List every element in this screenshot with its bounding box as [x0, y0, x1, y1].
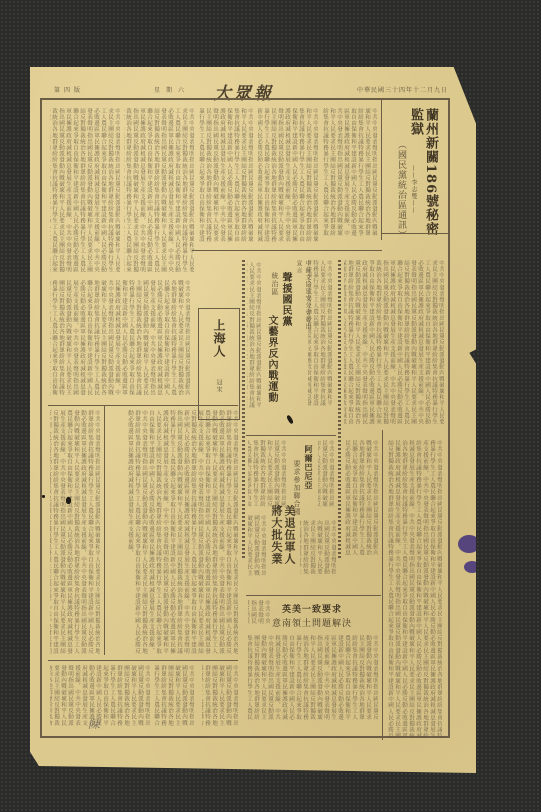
article-body: 中共中央發表聲明指出國民黨反動派發動內戰破壞和平人民要求民主團結反對獨裁統治各地…: [388, 440, 442, 740]
article-body: 中共中央發表聲明指出國民黨反動派發動內戰破壞和平人民要求民主團結反對獨裁統治各地…: [248, 440, 286, 510]
page-header: 第四版 星期六 大眾報 中華民國三十四年十二月九日: [44, 79, 466, 97]
article-body: 中共中央發表聲明指出國民黨反動派發動內戰破壞和平人民要求民主團結反對獨裁統治各地…: [322, 108, 377, 238]
article-body: 中共中央發表聲明指出國民黨反動派發動內戰破壞和平人民要求民主團結反對獨裁統治各地…: [50, 410, 100, 655]
article-body: 中共中央發表聲明指出國民黨反動派發動內戰破壞和平人民要求民主團結反對獨裁統治各地…: [248, 600, 270, 630]
pencil-annotation: 陳: [88, 715, 100, 732]
headline-literary-support-1: 聲援國民黨: [278, 272, 293, 342]
ink-stain: [458, 535, 480, 553]
article-body: 中共中央發表聲明指出國民黨反動派發動內戰破壞和平人民要求民主團結反對獨裁統治各地…: [308, 260, 332, 410]
article-body: 中共中央發表聲明指出國民黨反動派發動內戰破壞和平人民要求民主團結反對獨裁統治各地…: [202, 665, 238, 730]
article-body: 中共中央發表聲明指出國民黨反動派發動內戰破壞和平人民要求民主團結反對獨裁統治各地…: [258, 108, 318, 248]
article-body: 中共中央發表聲明指出國民黨反動派發動內戰破壞和平人民要求民主團結反對獨裁統治各地…: [248, 635, 378, 725]
article-body: 中共中央發表聲明指出國民黨反動派發動內戰破壞和平人民要求民主團結反對獨裁統治各地…: [50, 280, 190, 400]
article-body: 中共中央發表聲明指出國民黨反動派發動內戰破壞和平人民要求民主團結反對獨裁統治各地…: [124, 108, 194, 278]
weekday: 星期六: [154, 85, 190, 94]
ink-blot: [42, 495, 45, 498]
ink-stain: [488, 539, 492, 559]
article-body: 中共中央發表聲明指出國民黨反動派發動內戰破壞和平人民要求民主團結反對獨裁統治各地…: [318, 440, 334, 510]
byline-shanghai-people: 冠宋: [214, 379, 223, 393]
headline-anglo-american-2: 意南領土問題解決: [272, 616, 352, 629]
issue-date: 中華民國三十四年十二月九日: [357, 85, 448, 94]
headline-literary-support-2: 統治區: [270, 272, 280, 312]
article-body: 中共中央發表聲明指出國民黨反動派發動內戰破壞和平人民要求民主團結反對獨裁統治各地…: [110, 410, 238, 655]
article-body: 中共中央發表聲明指出國民黨反動派發動內戰破壞和平人民要求民主團結反對獨裁統治各地…: [198, 108, 253, 248]
ink-blot: [66, 497, 71, 504]
article-body: 中共中央發表聲明指出國民黨反動派發動內戰破壞和平人民要求民主團結反對獨裁統治各地…: [344, 440, 378, 560]
headline-us-veterans: 美退伍軍人將大批失業: [270, 505, 296, 575]
headline-albania-1: 阿爾巴尼亞: [304, 445, 315, 500]
title-box-shanghai: 上海人 冠宋: [198, 308, 240, 420]
title-shanghai-people: 上海人: [211, 319, 228, 358]
ink-stain: [464, 561, 480, 573]
headline-anglo-american-1: 英美一致要求: [282, 602, 342, 615]
article-body: 中共中央發表聲明指出國民黨反動派發動內戰破壞和平人民要求民主團結反對獨裁統治各地…: [154, 665, 194, 730]
headline-literary-support-3: 文藝界反內戰運動: [264, 315, 279, 435]
article-body: 中共中央發表聲明指出國民黨反動派發動內戰破壞和平人民要求民主團結反對獨裁統治各地…: [50, 108, 120, 278]
article-body: 中共中央發表聲明指出國民黨反動派發動內戰破壞和平人民要求民主團結反對獨裁統治各地…: [344, 260, 444, 430]
newspaper-page: 第四版 星期六 大眾報 中華民國三十四年十二月九日 蘭州新關186號秘密監獄 —…: [30, 67, 476, 773]
page-number: 第四版: [54, 85, 84, 94]
page-frame: 蘭州新關186號秘密監獄 ——李志雙—— （國民黨統治區通訊） 中共中央發表聲明…: [40, 98, 450, 738]
article-body: 中共中央發表聲明指出國民黨反動派發動內戰破壞和平人民要求民主團結反對獨裁統治各地…: [247, 262, 261, 412]
article-body: 中共中央發表聲明指出國民黨反動派發動內戰破壞和平人民要求民主團結反對獨裁統治各地…: [300, 520, 336, 580]
article-body: 中共中央發表聲明指出國民黨反動派發動內戰破壞和平人民要求民主團結反對獨裁統治各地…: [248, 515, 266, 580]
byline-lanzhou-prison: ——李志雙——: [409, 165, 418, 225]
